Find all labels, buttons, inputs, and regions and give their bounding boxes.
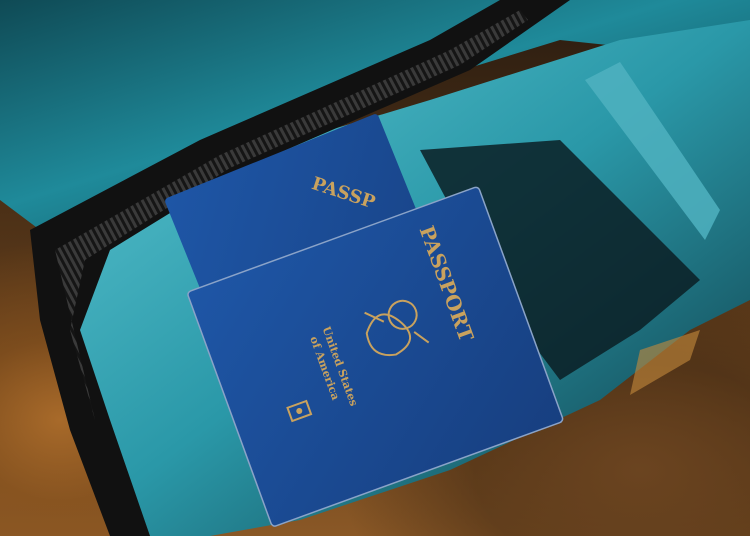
photo-scene: PASSP PASSPORT United States of America: [0, 0, 750, 536]
scene-illustration: PASSP PASSPORT United States of America: [0, 0, 750, 536]
